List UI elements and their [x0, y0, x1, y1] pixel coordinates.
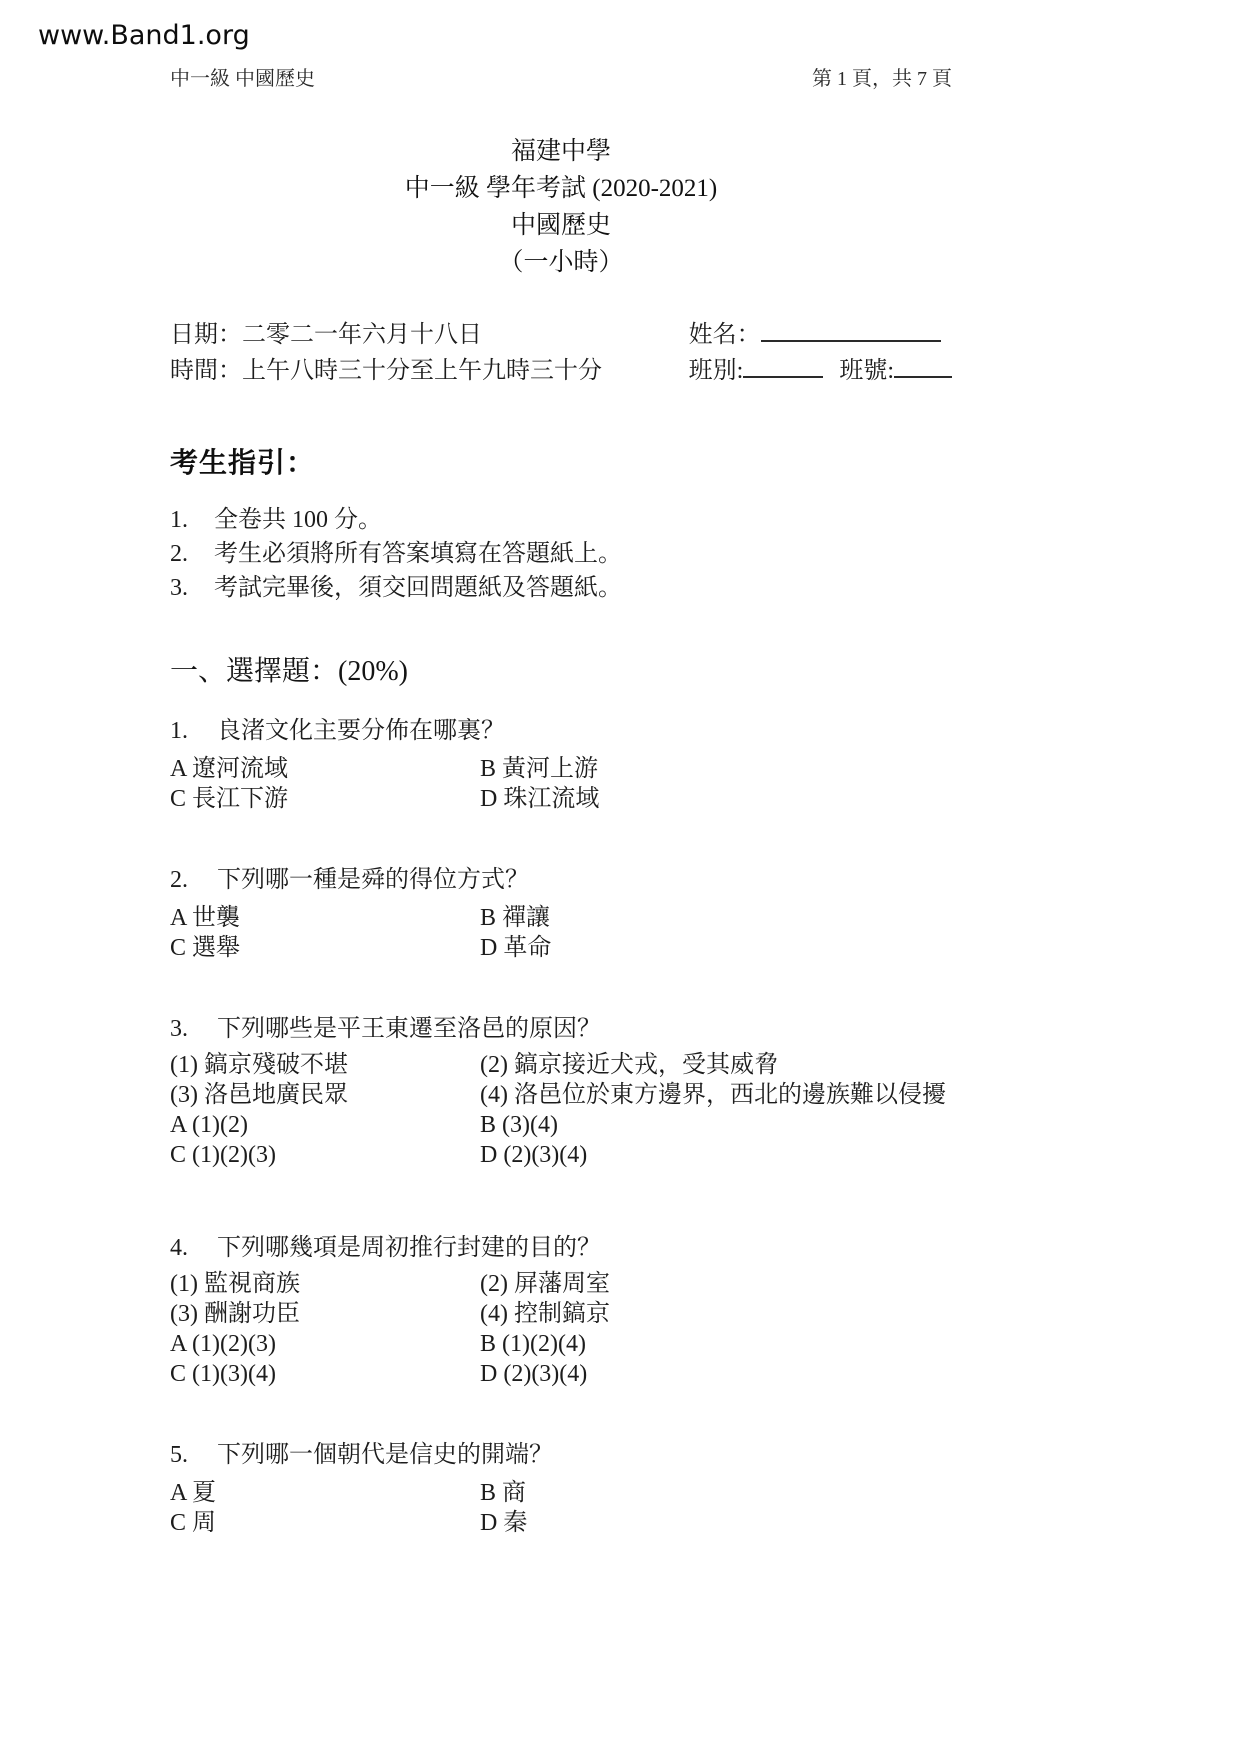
option-c: C 長江下游	[170, 784, 480, 814]
subitem-3: (3) 洛邑地廣民眾	[170, 1080, 480, 1110]
name-blank-field	[761, 317, 941, 342]
header-course-label: 中一級 中國歷史	[170, 62, 315, 91]
exam-title: 中一級 學年考試 (2020-2021)	[170, 170, 952, 207]
question-text: 下列哪一種是舜的得位方式？	[217, 864, 529, 896]
question-options: A (1)(2) B (3)(4) C (1)(2)(3) D (2)(3)(4…	[170, 1110, 952, 1170]
instruction-number: 2.	[170, 537, 214, 571]
option-a: A 夏	[170, 1478, 480, 1508]
option-d: D 革命	[480, 933, 952, 963]
exam-info-left: 日期：二零二一年六月十八日 時間：上午八時三十分至上午九時三十分	[170, 317, 602, 389]
instruction-item: 2. 考生必須將所有答案填寫在答題紙上。	[170, 537, 952, 571]
option-a: A 世襲	[170, 903, 480, 933]
class-line: 班別:班號:	[689, 353, 952, 389]
question-stem: 3. 下列哪些是平王東遷至洛邑的原因？	[170, 1013, 952, 1045]
subitem-2: (2) 屏藩周室	[480, 1269, 952, 1299]
question-text: 良渚文化主要分佈在哪裏？	[217, 715, 505, 747]
instruction-text: 考生必須將所有答案填寫在答題紙上。	[214, 537, 622, 571]
option-b: B 禪讓	[480, 903, 952, 933]
question-4: 4. 下列哪幾項是周初推行封建的目的？ (1) 監視商族 (2) 屏藩周室 (3…	[170, 1232, 952, 1389]
name-line: 姓名：	[689, 317, 952, 353]
section-heading: 一、選擇題：(20%)	[170, 649, 952, 689]
question-stem: 2. 下列哪一種是舜的得位方式？	[170, 864, 952, 896]
question-stem: 1. 良渚文化主要分佈在哪裏？	[170, 715, 952, 747]
exam-info-right: 姓名： 班別:班號:	[689, 317, 952, 389]
instruction-text: 考試完畢後，須交回問題紙及答題紙。	[214, 571, 622, 605]
question-text: 下列哪一個朝代是信史的開端？	[217, 1439, 553, 1471]
header-page-number: 第 1 頁，共 7 頁	[812, 62, 952, 91]
option-d: D (2)(3)(4)	[480, 1359, 952, 1389]
question-stem: 4. 下列哪幾項是周初推行封建的目的？	[170, 1232, 952, 1264]
exam-duration: （一小時）	[170, 244, 952, 281]
option-c: C 選舉	[170, 933, 480, 963]
option-d: D (2)(3)(4)	[480, 1140, 952, 1170]
option-a: A (1)(2)	[170, 1110, 480, 1140]
title-block: 福建中學 中一級 學年考試 (2020-2021) 中國歷史 （一小時）	[170, 133, 952, 281]
option-a: A (1)(2)(3)	[170, 1329, 480, 1359]
instruction-item: 3. 考試完畢後，須交回問題紙及答題紙。	[170, 571, 952, 605]
question-stem: 5. 下列哪一個朝代是信史的開端？	[170, 1439, 952, 1471]
question-text: 下列哪些是平王東遷至洛邑的原因？	[217, 1013, 601, 1045]
instructions-list: 1. 全卷共 100 分。 2. 考生必須將所有答案填寫在答題紙上。 3. 考試…	[170, 503, 952, 605]
question-number: 2.	[170, 864, 217, 896]
subitem-4: (4) 洛邑位於東方邊界，西北的邊族難以侵擾	[480, 1080, 952, 1110]
class-number-label: 班號:	[839, 358, 894, 384]
subitem-1: (1) 監視商族	[170, 1269, 480, 1299]
option-b: B 黃河上游	[480, 754, 952, 784]
option-c: C 周	[170, 1508, 480, 1538]
name-label: 姓名：	[689, 322, 761, 348]
question-options: A (1)(2)(3) B (1)(2)(4) C (1)(3)(4) D (2…	[170, 1329, 952, 1389]
class-number-blank-field	[894, 353, 952, 378]
option-c: C (1)(2)(3)	[170, 1140, 480, 1170]
exam-info: 日期：二零二一年六月十八日 時間：上午八時三十分至上午九時三十分 姓名： 班別:…	[170, 317, 952, 389]
subitem-1: (1) 鎬京殘破不堪	[170, 1050, 480, 1080]
option-d: D 秦	[480, 1508, 952, 1538]
option-b: B (3)(4)	[480, 1110, 952, 1140]
question-number: 4.	[170, 1232, 217, 1264]
question-2: 2. 下列哪一種是舜的得位方式？ A 世襲 B 禪讓 C 選舉 D 革命	[170, 864, 952, 963]
option-b: B 商	[480, 1478, 952, 1508]
subitem-3: (3) 酬謝功臣	[170, 1299, 480, 1329]
option-c: C (1)(3)(4)	[170, 1359, 480, 1389]
instruction-number: 1.	[170, 503, 214, 537]
question-1: 1. 良渚文化主要分佈在哪裏？ A 遼河流域 B 黃河上游 C 長江下游 D 珠…	[170, 715, 952, 814]
option-a: A 遼河流域	[170, 754, 480, 784]
exam-page: 中一級 中國歷史 第 1 頁，共 7 頁 福建中學 中一級 學年考試 (2020…	[170, 0, 952, 1538]
option-d: D 珠江流域	[480, 784, 952, 814]
question-options: A 遼河流域 B 黃河上游 C 長江下游 D 珠江流域	[170, 754, 952, 814]
question-subitems: (1) 鎬京殘破不堪 (2) 鎬京接近犬戎，受其威脅 (3) 洛邑地廣民眾 (4…	[170, 1050, 952, 1110]
instructions-heading: 考生指引：	[170, 441, 952, 481]
exam-time: 時間：上午八時三十分至上午九時三十分	[170, 353, 602, 389]
question-3: 3. 下列哪些是平王東遷至洛邑的原因？ (1) 鎬京殘破不堪 (2) 鎬京接近犬…	[170, 1013, 952, 1170]
class-label: 班別:	[689, 358, 744, 384]
question-options: A 世襲 B 禪讓 C 選舉 D 革命	[170, 903, 952, 963]
question-number: 5.	[170, 1439, 217, 1471]
subitem-2: (2) 鎬京接近犬戎，受其威脅	[480, 1050, 952, 1080]
instruction-item: 1. 全卷共 100 分。	[170, 503, 952, 537]
question-options: A 夏 B 商 C 周 D 秦	[170, 1478, 952, 1538]
page-header: 中一級 中國歷史 第 1 頁，共 7 頁	[170, 62, 952, 91]
question-subitems: (1) 監視商族 (2) 屏藩周室 (3) 酬謝功臣 (4) 控制鎬京	[170, 1269, 952, 1329]
question-number: 3.	[170, 1013, 217, 1045]
class-blank-field	[743, 353, 823, 378]
question-5: 5. 下列哪一個朝代是信史的開端？ A 夏 B 商 C 周 D 秦	[170, 1439, 952, 1538]
question-number: 1.	[170, 715, 217, 747]
school-name: 福建中學	[170, 133, 952, 170]
subject-title: 中國歷史	[170, 207, 952, 244]
question-text: 下列哪幾項是周初推行封建的目的？	[217, 1232, 601, 1264]
instruction-text: 全卷共 100 分。	[214, 503, 382, 537]
subitem-4: (4) 控制鎬京	[480, 1299, 952, 1329]
instruction-number: 3.	[170, 571, 214, 605]
option-b: B (1)(2)(4)	[480, 1329, 952, 1359]
exam-date: 日期：二零二一年六月十八日	[170, 317, 602, 353]
